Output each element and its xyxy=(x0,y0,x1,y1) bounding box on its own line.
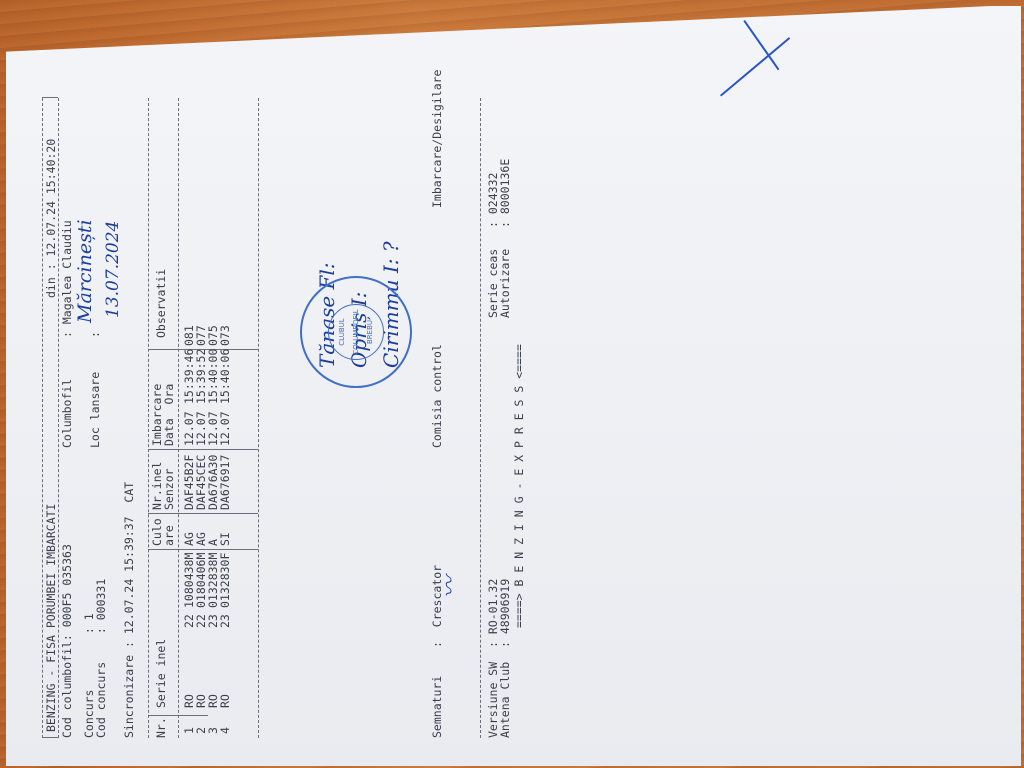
sincronizare-tz: CAT xyxy=(122,482,136,503)
cell-ora: 15:40:06 xyxy=(218,349,232,404)
loc-lansare-date: 13.07.2024 xyxy=(106,221,120,318)
cell-senzor: DA676917 xyxy=(218,455,232,510)
date-value: 12.07.24 15:40:20 xyxy=(44,139,58,257)
th-observatii: Observatii xyxy=(154,269,168,338)
header-title: BENZING - FISA PORUMBEI IMBARCATI xyxy=(44,504,58,732)
brand-line: ====> B E N Z I N G - E X P R E S S <===… xyxy=(512,344,526,628)
imbarcare-desigilare-label: Imbarcare/Desigilare xyxy=(430,70,444,208)
benzing-printout: BENZING - FISA PORUMBEI IMBARCATI din : … xyxy=(20,48,1000,748)
sincronizare-value: 12.07.24 15:39:37 xyxy=(122,516,136,634)
autorizare-value: 8000136E xyxy=(498,159,512,214)
stamp-center: CLUBUL COLUMBOFIL BREBU xyxy=(328,304,384,360)
th-serie-inel: Serie inel xyxy=(154,639,168,708)
divider xyxy=(178,98,179,738)
divider xyxy=(42,98,43,738)
cell-serie: 0132830F xyxy=(218,553,232,608)
divider xyxy=(258,98,259,738)
divider xyxy=(148,98,149,738)
antena-value: 48906919 xyxy=(498,579,512,634)
club-stamp: CLUBUL COLUMBOFIL BREBU xyxy=(300,276,412,388)
comisia-label: Comisia control xyxy=(430,344,444,448)
columbofil-value: Magalea Claudiu xyxy=(60,220,74,324)
crescator-signature: 〰 xyxy=(444,576,458,598)
cell-nr: 4 xyxy=(218,727,232,734)
loc-lansare-value: Mărcinești xyxy=(78,219,92,323)
cell-an: 23 xyxy=(218,614,232,628)
cell-data: 12.07 xyxy=(218,411,232,446)
columbofil-line: : Magalea Claudiu xyxy=(60,220,74,338)
cell-culoare: SI xyxy=(218,532,232,546)
autorizare-line: Autorizare : 8000136E xyxy=(498,159,512,318)
divider xyxy=(58,98,59,738)
cell-obs: 073 xyxy=(218,325,232,346)
loc-lansare-label: Loc lansare xyxy=(88,372,102,448)
cod-columbofil-line: Cod columbofil: 000F5 035363 xyxy=(60,544,74,738)
cod-columbofil-value: 000F5 035363 xyxy=(60,544,74,627)
th-nr: Nr. xyxy=(154,717,168,738)
date-label: din : 12.07.24 15:40:20 xyxy=(44,139,58,298)
cell-tara: RO xyxy=(218,694,232,708)
columbofil-label: Columbofil xyxy=(60,379,74,448)
cod-concurs-line: Cod concurs : 000331 xyxy=(94,579,108,738)
antena-line: Antena Club : 48906919 xyxy=(498,579,512,738)
cod-concurs-value: 000331 xyxy=(94,579,108,621)
divider xyxy=(480,98,481,738)
sincronizare-line: Sincronizare : 12.07.24 15:39:37 CAT xyxy=(122,482,136,738)
